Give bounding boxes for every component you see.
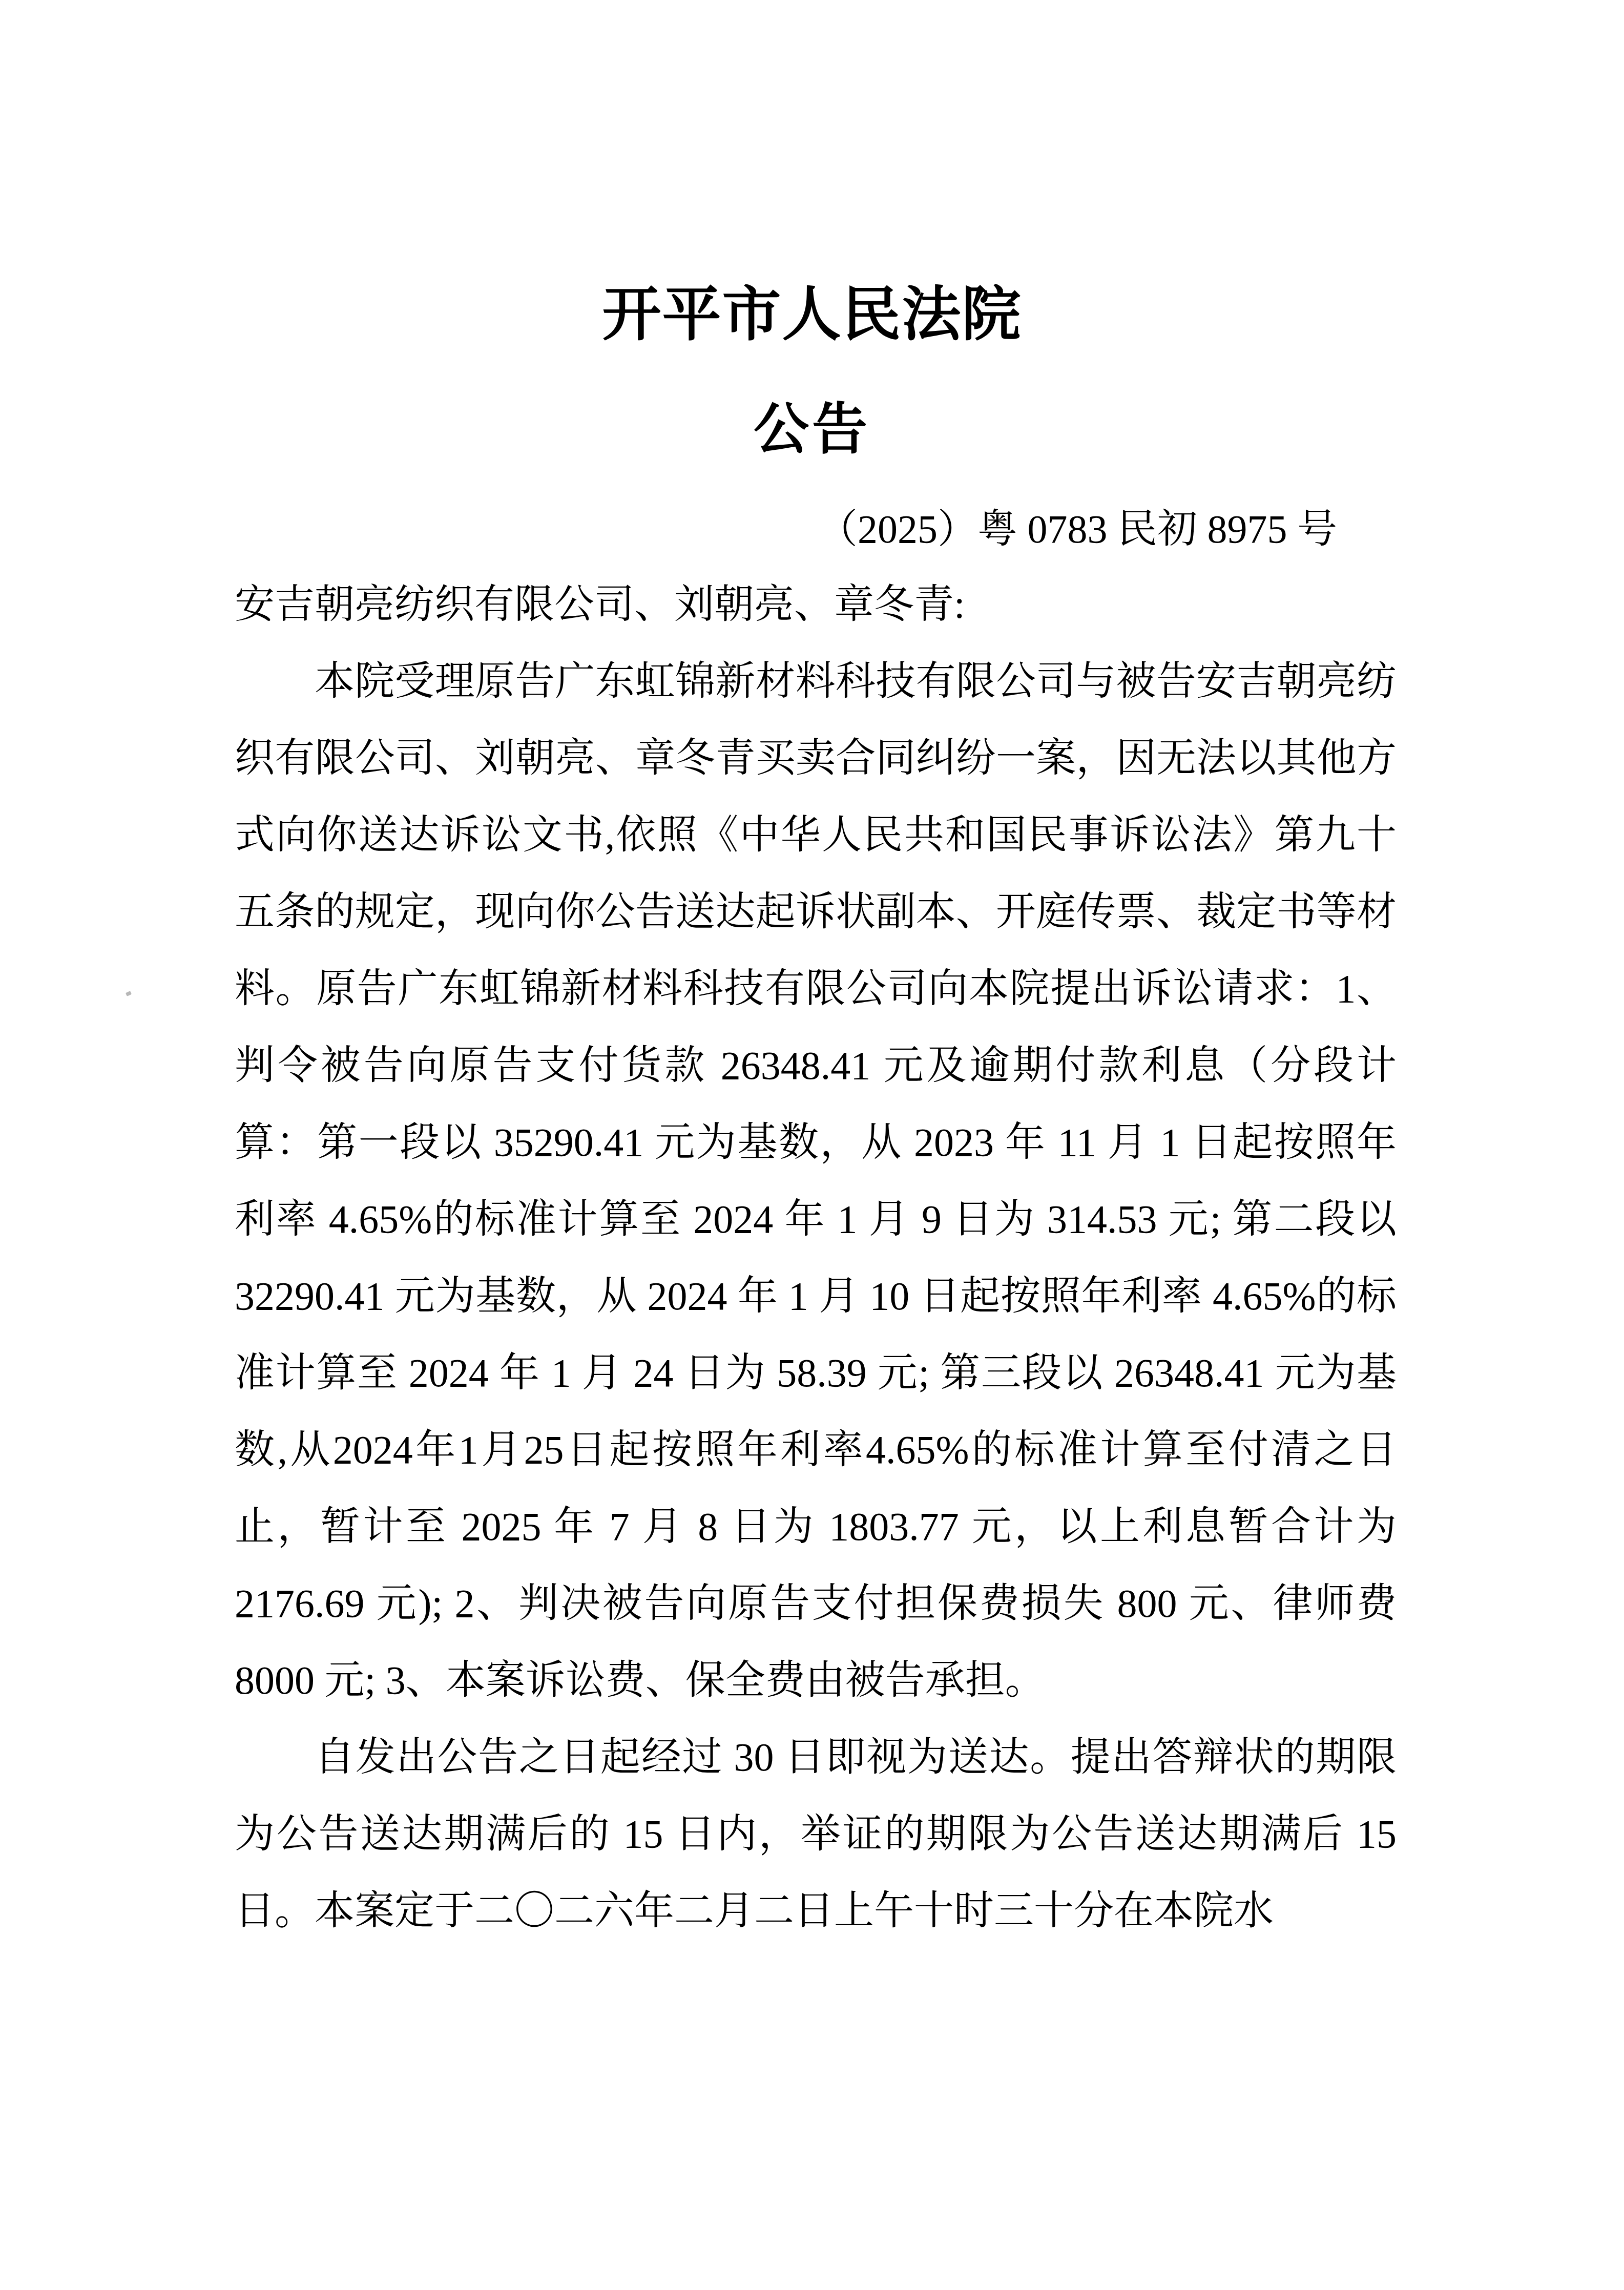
announcement-body: 安吉朝亮纺织有限公司、刘朝亮、章冬青: 本院受理原告广东虹锦新材料科技有限公司与… — [235, 566, 1397, 1949]
scan-artifact — [126, 991, 132, 996]
case-number: （2025）粤 0783 民初 8975 号 — [0, 499, 1337, 558]
recipient-line: 安吉朝亮纺织有限公司、刘朝亮、章冬青: — [235, 566, 1397, 643]
announcement-title: 公告 — [0, 394, 1624, 466]
court-name-title: 开平市人民法院 — [0, 279, 1624, 351]
announcement-paragraph-claims: 本院受理原告广东虹锦新材料科技有限公司与被告安吉朝亮纺织有限公司、刘朝亮、章冬青… — [235, 643, 1397, 1719]
announcement-paragraph-service-notice: 自发出公告之日起经过 30 日即视为送达。提出答辩状的期限为公告送达期满后的 1… — [235, 1719, 1397, 1949]
document-page: 开平市人民法院 公告 （2025）粤 0783 民初 8975 号 安吉朝亮纺织… — [0, 0, 1624, 2290]
